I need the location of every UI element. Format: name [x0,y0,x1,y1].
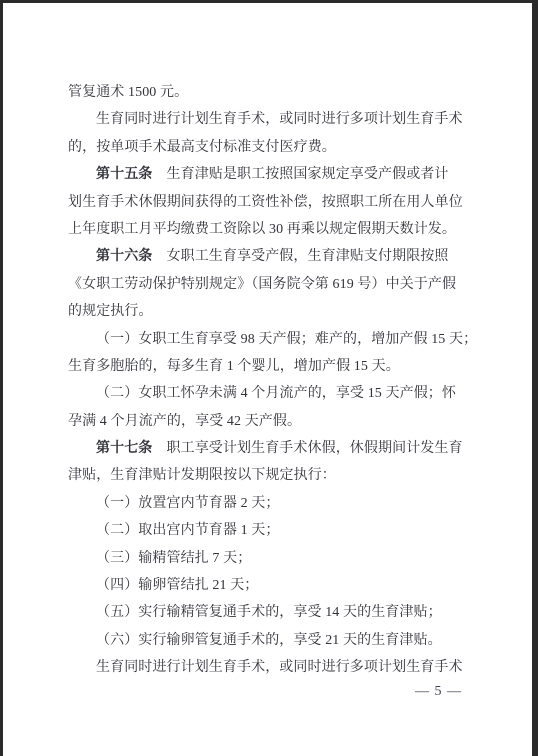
text-line: 的规定执行。 [68,298,466,325]
article-number: 第十七条 [96,441,152,456]
text-line: 《女职工劳动保护特别规定》（国务院令第 619 号）中关于产假 [68,271,466,298]
document-text-block: 管复通术 1500 元。 生育同时进行计划生育手术，或同时进行多项计划生育手术 … [68,79,466,682]
line-text: （四）输卵管结扎 21 天； [96,578,258,593]
line-text: 的，按单项手术最高支付标准支付医疗费。 [68,140,336,155]
text-line: （三）输精管结扎 7 天； [68,545,466,572]
line-text: 生育津贴是职工按照国家规定享受产假或者计 [152,167,448,182]
scan-edge-left [0,0,3,756]
line-text: 生育多胞胎的，每多生育 1 个婴儿，增加产假 15 天。 [68,359,400,374]
text-line: （一）女职工生育享受 98 天产假；难产的，增加产假 15 天； [68,326,466,353]
scan-edge-top [0,0,538,3]
text-line: 生育多胞胎的，每多生育 1 个婴儿，增加产假 15 天。 [68,353,466,380]
line-text: （一）放置宫内节育器 2 天； [96,496,280,511]
text-line: 孕满 4 个月流产的，享受 42 天产假。 [68,408,466,435]
line-text: （五）实行输精管复通手术的，享受 14 天的生育津贴； [96,605,442,620]
line-text: 津贴，生育津贴计发期限按以下规定执行： [68,468,336,483]
text-line: 第十七条 职工享受计划生育手术休假，休假期间计发生育 [68,435,466,462]
text-line: （四）输卵管结扎 21 天； [68,572,466,599]
text-line: 管复通术 1500 元。 [68,79,466,106]
line-text: 生育同时进行计划生育手术，或同时进行多项计划生育手术 [96,660,463,675]
line-text: 上年度职工月平均缴费工资除以 30 再乘以规定假期天数计发。 [68,222,456,237]
text-line: 第十五条 生育津贴是职工按照国家规定享受产假或者计 [68,161,466,188]
line-text: 职工享受计划生育手术休假，休假期间计发生育 [152,441,462,456]
line-text: （二）取出宫内节育器 1 天； [96,523,280,538]
text-line: 上年度职工月平均缴费工资除以 30 再乘以规定假期天数计发。 [68,216,466,243]
text-line: 划生育手术休假期间获得的工资性补偿，按照职工所在用人单位 [68,189,466,216]
line-text: （六）实行输卵管复通手术的，享受 21 天的生育津贴。 [96,633,442,648]
text-line: 的，按单项手术最高支付标准支付医疗费。 [68,134,466,161]
article-number: 第十六条 [96,249,152,264]
text-line: 生育同时进行计划生育手术，或同时进行多项计划生育手术 [68,654,466,681]
line-text: （一）女职工生育享受 98 天产假；难产的，增加产假 15 天； [96,332,477,347]
document-page: 管复通术 1500 元。 生育同时进行计划生育手术，或同时进行多项计划生育手术 … [0,0,538,756]
article-number: 第十五条 [96,167,152,182]
page-number: — 5 — [415,684,462,700]
text-line: （六）实行输卵管复通手术的，享受 21 天的生育津贴。 [68,627,466,654]
text-line: 津贴，生育津贴计发期限按以下规定执行： [68,462,466,489]
line-text: （二）女职工怀孕未满 4 个月流产的，享受 15 天产假；怀 [96,386,456,401]
text-line: （一）放置宫内节育器 2 天； [68,490,466,517]
line-text: 管复通术 1500 元。 [68,85,188,100]
text-line: 第十六条 女职工生育享受产假，生育津贴支付期限按照 [68,243,466,270]
line-text: 孕满 4 个月流产的，享受 42 天产假。 [68,414,301,429]
line-text: 女职工生育享受产假，生育津贴支付期限按照 [152,249,448,264]
scan-edge-right [532,0,538,756]
line-text: 生育同时进行计划生育手术，或同时进行多项计划生育手术 [96,112,463,127]
line-text: 《女职工劳动保护特别规定》（国务院令第 619 号）中关于产假 [68,277,456,292]
line-text: （三）输精管结扎 7 天； [96,551,251,566]
text-line: （二）女职工怀孕未满 4 个月流产的，享受 15 天产假；怀 [68,380,466,407]
line-text: 划生育手术休假期间获得的工资性补偿，按照职工所在用人单位 [68,195,463,210]
line-text: 的规定执行。 [68,304,153,319]
text-line: （五）实行输精管复通手术的，享受 14 天的生育津贴； [68,599,466,626]
text-line: 生育同时进行计划生育手术，或同时进行多项计划生育手术 [68,106,466,133]
text-line: （二）取出宫内节育器 1 天； [68,517,466,544]
